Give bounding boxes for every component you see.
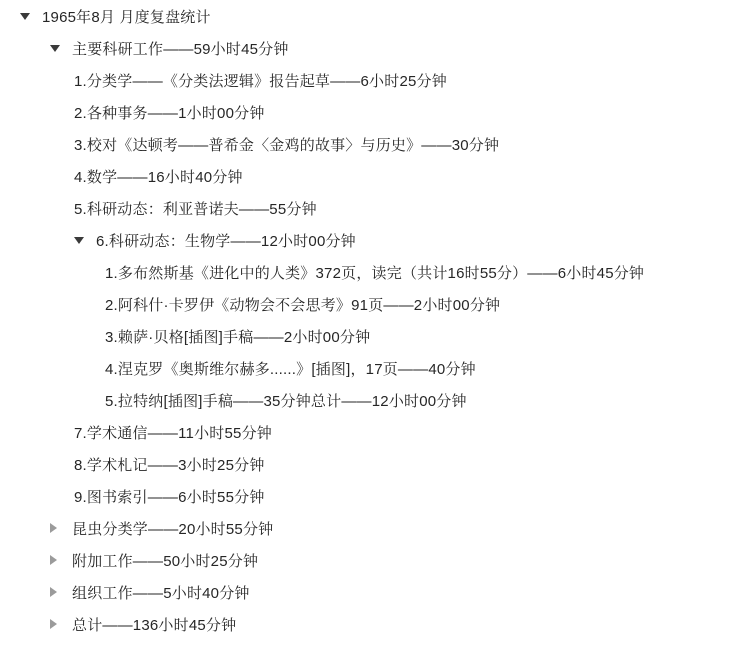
outline-row-total[interactable]: 总计——136小时45分钟: [0, 608, 754, 640]
outline-row-biology-1: 1.多布然斯基《进化中的人类》372页，读完（共计16时55分）——6小时45分…: [0, 256, 754, 288]
outline-row-item-4: 4.数学——16小时40分钟: [0, 160, 754, 192]
outline-view: 1965年8月 月度复盘统计 主要科研工作——59小时45分钟 1.分类学——《…: [0, 0, 754, 660]
collapse-arrow-icon[interactable]: [74, 237, 96, 244]
outline-item-label: 4.数学——16小时40分钟: [74, 166, 243, 187]
outline-row-insect-taxonomy[interactable]: 昆虫分类学——20小时55分钟: [0, 512, 754, 544]
outline-row-item-9: 9.图书索引——6小时55分钟: [0, 480, 754, 512]
outline-item-label: 1.分类学——《分类法逻辑》报告起草——6小时25分钟: [74, 70, 447, 91]
outline-row-item-8: 8.学术札记——3小时25分钟: [0, 448, 754, 480]
outline-item-label: 6.科研动态：生物学——12小时00分钟: [96, 230, 356, 251]
outline-item-label: 总计——136小时45分钟: [72, 614, 236, 635]
outline-item-label: 3.赖萨·贝格[插图]手稿——2小时00分钟: [105, 326, 370, 347]
outline-row-organizational-work[interactable]: 组织工作——5小时40分钟: [0, 576, 754, 608]
outline-item-label: 5.拉特纳[插图]手稿——35分钟总计——12小时00分钟: [105, 390, 467, 411]
outline-item-label: 7.学术通信——11小时55分钟: [74, 422, 272, 443]
outline-item-label: 组织工作——5小时40分钟: [72, 582, 250, 603]
outline-item-label: 8.学术札记——3小时25分钟: [74, 454, 265, 475]
outline-row-item-7: 7.学术通信——11小时55分钟: [0, 416, 754, 448]
outline-item-label: 4.涅克罗《奥斯维尔赫多......》[插图]，17页——40分钟: [105, 358, 476, 379]
outline-row-item-1: 1.分类学——《分类法逻辑》报告起草——6小时25分钟: [0, 64, 754, 96]
outline-item-label: 附加工作——50小时25分钟: [72, 550, 258, 571]
outline-row-main-research[interactable]: 主要科研工作——59小时45分钟: [0, 32, 754, 64]
outline-row-item-5: 5.科研动态：利亚普诺夫——55分钟: [0, 192, 754, 224]
outline-row-biology-5: 5.拉特纳[插图]手稿——35分钟总计——12小时00分钟: [0, 384, 754, 416]
outline-item-label: 主要科研工作——59小时45分钟: [72, 38, 289, 59]
outline-row-biology-3: 3.赖萨·贝格[插图]手稿——2小时00分钟: [0, 320, 754, 352]
outline-row-additional-work[interactable]: 附加工作——50小时25分钟: [0, 544, 754, 576]
expand-arrow-icon[interactable]: [50, 587, 72, 597]
expand-arrow-icon[interactable]: [50, 619, 72, 629]
outline-item-label: 昆虫分类学——20小时55分钟: [72, 518, 273, 539]
outline-item-label: 2.各种事务——1小时00分钟: [74, 102, 265, 123]
outline-item-label: 1965年8月 月度复盘统计: [42, 6, 211, 27]
outline-row-biology-2: 2.阿科什·卡罗伊《动物会不会思考》91页——2小时00分钟: [0, 288, 754, 320]
outline-item-label: 2.阿科什·卡罗伊《动物会不会思考》91页——2小时00分钟: [105, 294, 500, 315]
outline-row-item-3: 3.校对《达顿考——普希金〈金鸡的故事〉与历史》——30分钟: [0, 128, 754, 160]
collapse-arrow-icon[interactable]: [50, 45, 72, 52]
outline-row-item-2: 2.各种事务——1小时00分钟: [0, 96, 754, 128]
outline-item-label: 3.校对《达顿考——普希金〈金鸡的故事〉与历史》——30分钟: [74, 134, 499, 155]
outline-item-label: 5.科研动态：利亚普诺夫——55分钟: [74, 198, 317, 219]
outline-row-item-6-biology[interactable]: 6.科研动态：生物学——12小时00分钟: [0, 224, 754, 256]
collapse-arrow-icon[interactable]: [20, 13, 42, 20]
outline-row-biology-4: 4.涅克罗《奥斯维尔赫多......》[插图]，17页——40分钟: [0, 352, 754, 384]
outline-item-label: 9.图书索引——6小时55分钟: [74, 486, 265, 507]
outline-item-label: 1.多布然斯基《进化中的人类》372页，读完（共计16时55分）——6小时45分…: [105, 262, 644, 283]
outline-row-root[interactable]: 1965年8月 月度复盘统计: [0, 0, 754, 32]
expand-arrow-icon[interactable]: [50, 555, 72, 565]
expand-arrow-icon[interactable]: [50, 523, 72, 533]
